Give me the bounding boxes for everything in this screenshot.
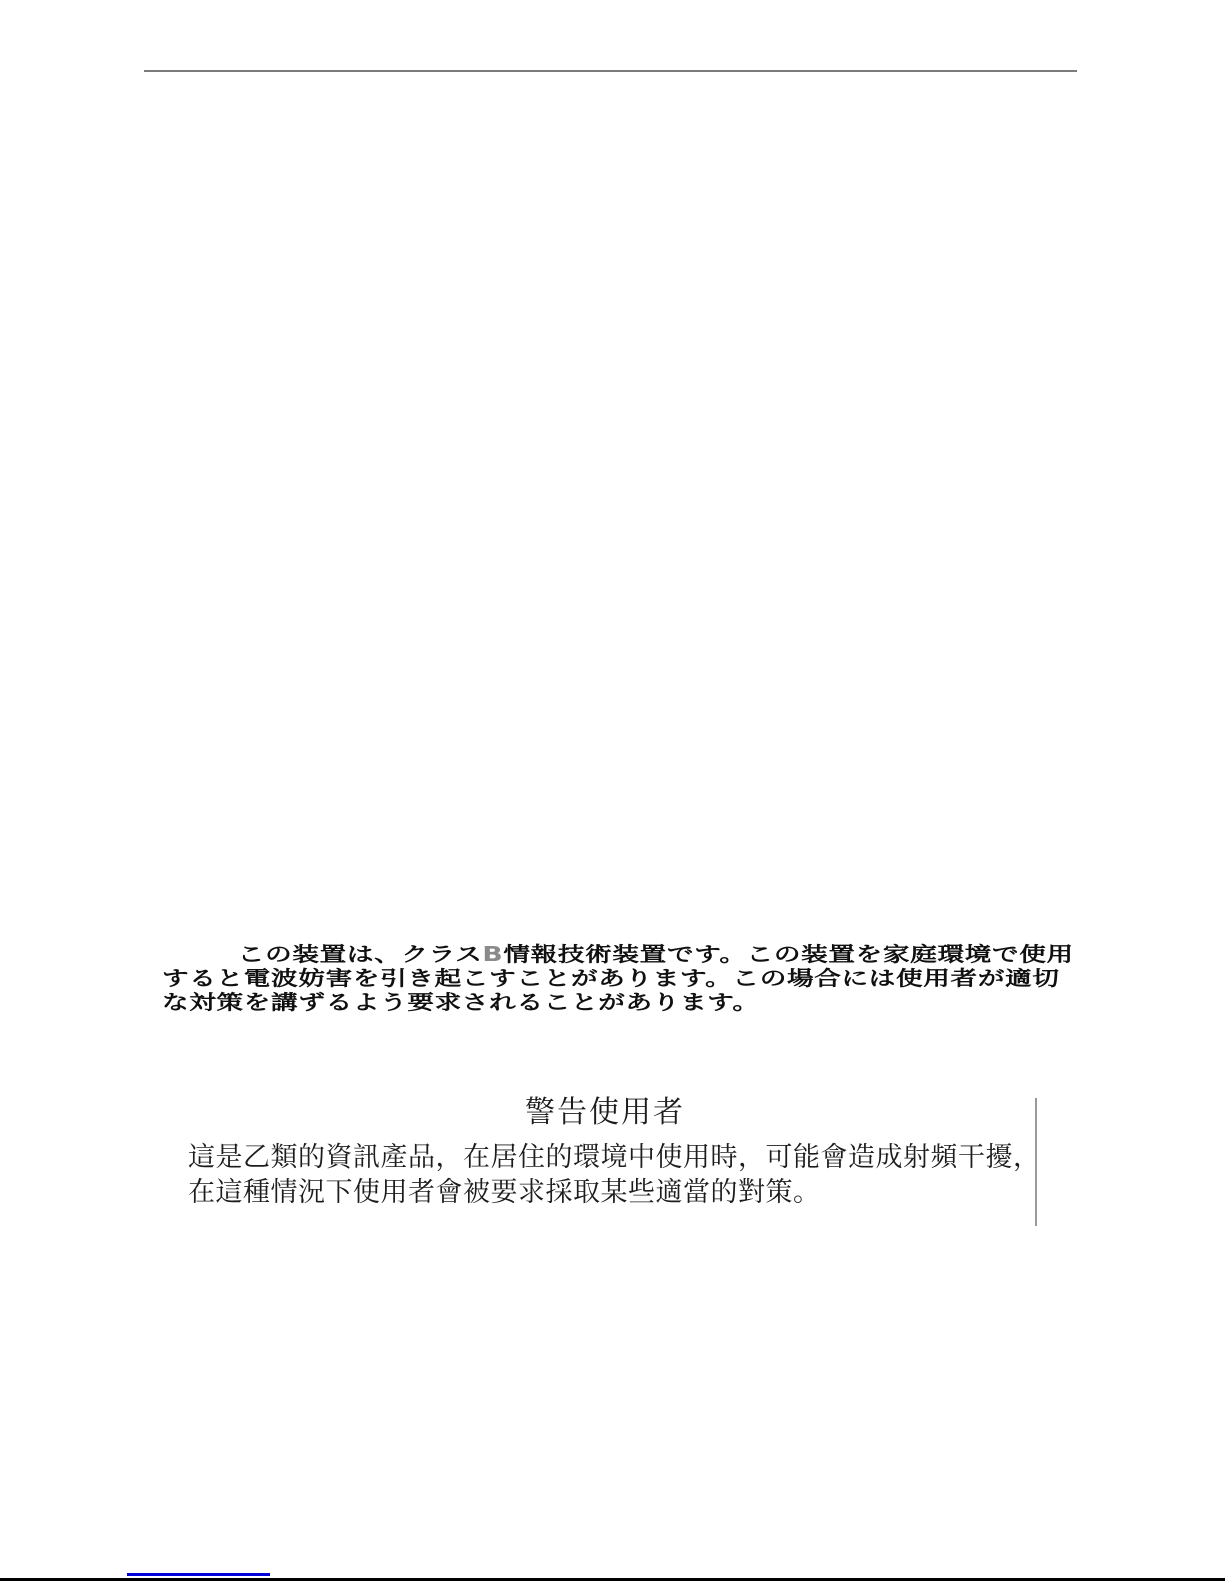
page: { "vcci_notice": { "line1_pre": "この装置は、ク… [0,0,1225,1585]
vcci-class-b-statement: この装置は、クラスB情報技術装置です。この装置を家庭環境で使用 すると電波妨害を… [162,942,1046,1014]
bsmi-line-1: 這是乙類的資訊產品，在居住的環境中使用時，可能會造成射頻干擾， [188,1140,1022,1175]
vcci-class-b-letter: B [482,942,503,966]
bsmi-line-2: 在這種情況下使用者會被要求採取某些適當的對策。 [188,1175,1022,1210]
footer-link-underline[interactable] [127,1573,270,1576]
vcci-line-1: この装置は、クラスB情報技術装置です。この装置を家庭環境で使用 [162,942,1046,966]
vcci-line-2: すると電波妨害を引き起こすことがあります。この場合には使用者が適切 [162,966,1046,990]
footer-divider [0,1578,1225,1581]
vcci-line-1-post: 情報技術装置です。この装置を家庭環境で使用 [503,942,1073,966]
vcci-line-3: な対策を講ずるよう要求されることがあります。 [162,990,1046,1014]
vcci-line-1-pre: この装置は、クラス [238,942,483,966]
bsmi-warning-title: 警告使用者 [188,1096,1022,1130]
top-divider [144,70,1077,72]
bsmi-warning-statement: 警告使用者 這是乙類的資訊產品，在居住的環境中使用時，可能會造成射頻干擾， 在這… [188,1096,1022,1210]
bsmi-side-rule [1035,1098,1037,1226]
